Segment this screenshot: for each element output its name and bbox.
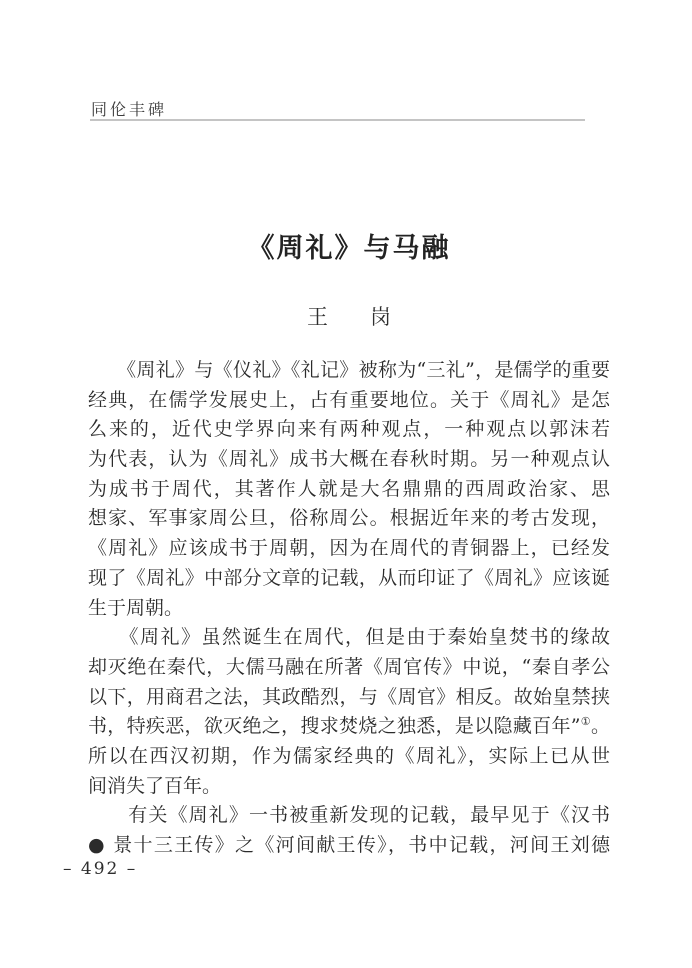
text-line: 所以在西汉初期，作为儒家经典的《周礼》，实际上已从世 <box>88 742 610 772</box>
text-line: 有关《周礼》一书被重新发现的记载，最早见于《汉书 <box>88 801 610 831</box>
text-line: 想家、军事家周公旦，俗称周公。根据近年来的考古发现， <box>88 504 610 534</box>
text-line: 为代表，认为《周礼》成书大概在春秋时期。另一种观点认 <box>88 445 610 475</box>
document-page: 同伦丰碑 《周礼》与马融 王 岗 《周礼》与《仪礼》《礼记》被称为“三礼”，是儒… <box>0 0 692 968</box>
footnote-marker: ① <box>580 715 590 728</box>
text-line: ● 景十三王传》之《河间献王传》，书中记载，河间王刘德 <box>88 831 610 861</box>
text-line: 为成书于周代，其著作人就是大名鼎鼎的西周政治家、思 <box>88 475 610 505</box>
text-line: 却灭绝在秦代，大儒马融在所著《周官传》中说，“秦自孝公 <box>88 653 610 683</box>
paragraph: 有关《周礼》一书被重新发现的记载，最早见于《汉书● 景十三王传》之《河间献王传》… <box>88 801 610 860</box>
header-rule <box>90 119 585 121</box>
text-line: 《周礼》与《仪礼》《礼记》被称为“三礼”，是儒学的重要 <box>88 356 610 386</box>
text-line: 生于周朝。 <box>88 594 610 624</box>
article-body: 《周礼》与《仪礼》《礼记》被称为“三礼”，是儒学的重要经典，在儒学发展史上，占有… <box>88 356 610 861</box>
text-line: 间消失了百年。 <box>88 772 610 802</box>
text-line: 现了《周礼》中部分文章的记载，从而印证了《周礼》应该诞 <box>88 564 610 594</box>
text-line: 经典，在儒学发展史上，占有重要地位。关于《周礼》是怎 <box>88 386 610 416</box>
article-title: 《周礼》与马融 <box>88 226 610 265</box>
text-line: 以下，用商君之法，其政酷烈，与《周官》相反。故始皇禁挟 <box>88 683 610 713</box>
text-line: 么来的，近代史学界向来有两种观点，一种观点以郭沫若 <box>88 415 610 445</box>
paragraph: 《周礼》与《仪礼》《礼记》被称为“三礼”，是儒学的重要经典，在儒学发展史上，占有… <box>88 356 610 623</box>
text-line: 《周礼》应该成书于周朝，因为在周代的青铜器上，已经发 <box>88 534 610 564</box>
article-author: 王 岗 <box>88 301 610 331</box>
running-header-text: 同伦丰碑 <box>91 97 167 120</box>
page-number: – 492 – <box>63 859 137 879</box>
text-line: 《周礼》虽然诞生在周代，但是由于秦始皇焚书的缘故 <box>88 623 610 653</box>
paragraph: 《周礼》虽然诞生在周代，但是由于秦始皇焚书的缘故却灭绝在秦代，大儒马融在所著《周… <box>88 623 610 801</box>
text-line: 书，特疾恶，欲灭绝之，搜求焚烧之独悉，是以隐藏百年”①。 <box>88 712 610 742</box>
